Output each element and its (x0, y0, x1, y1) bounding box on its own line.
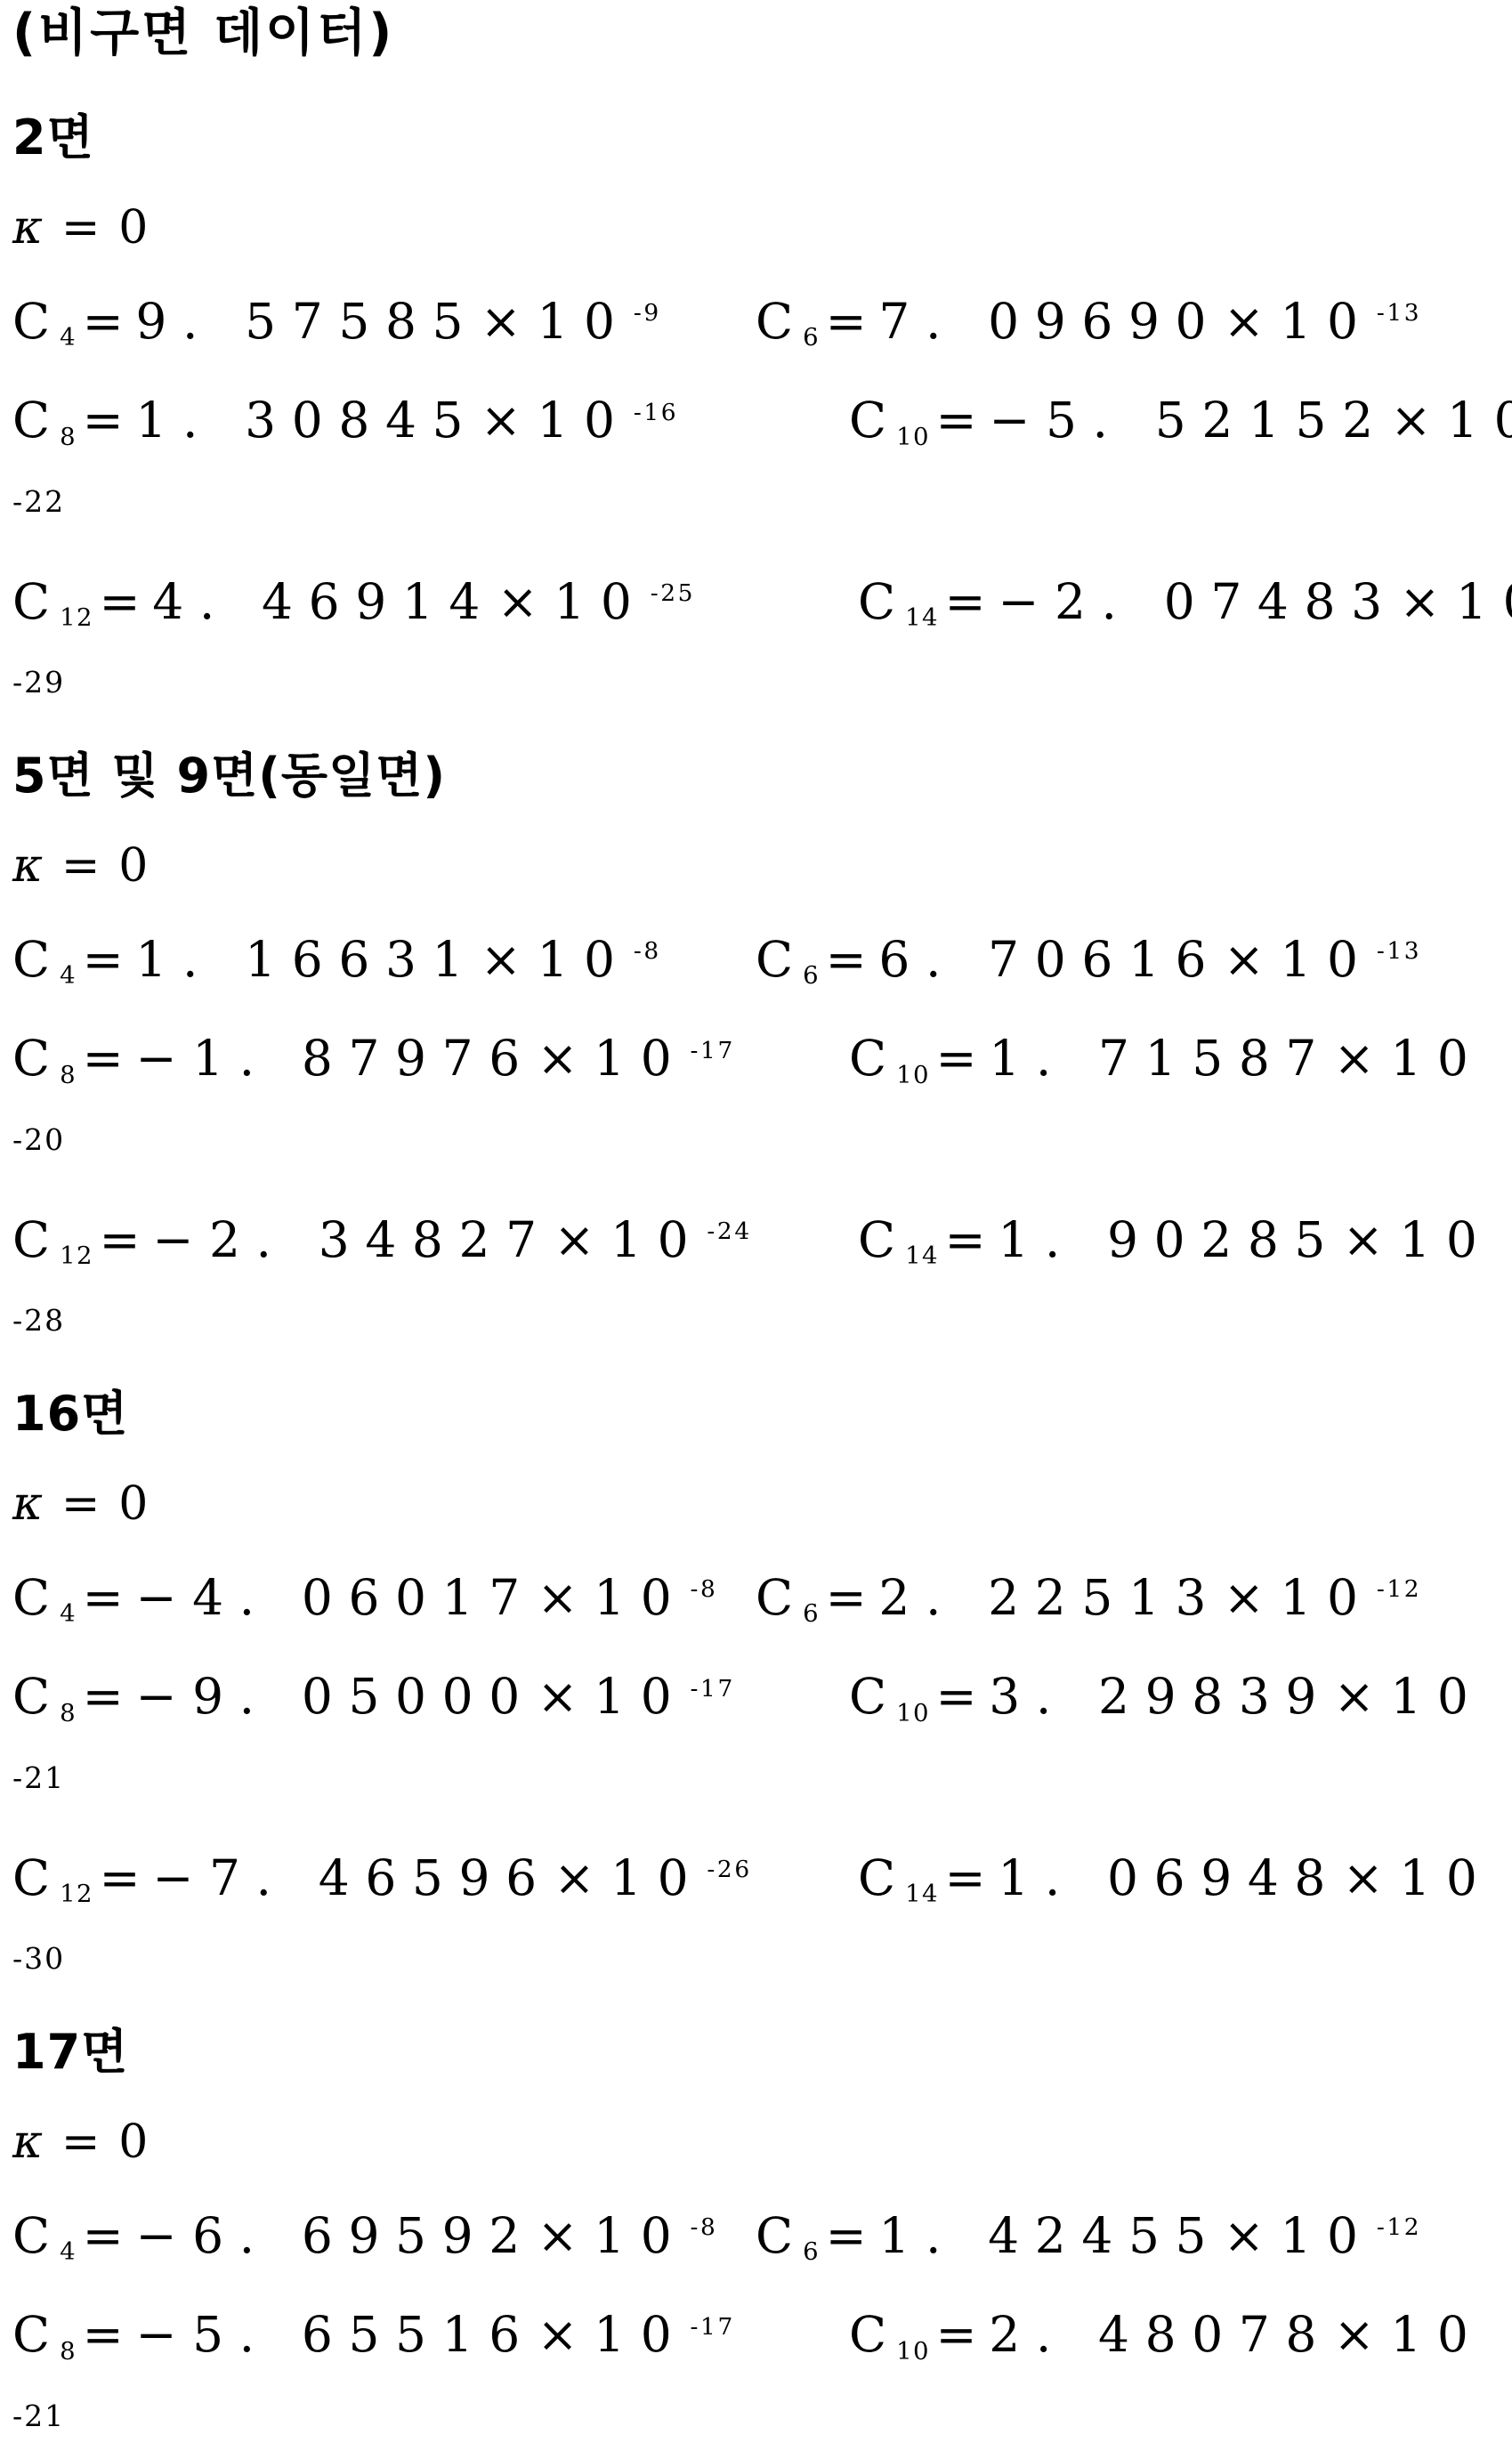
coefficient-name: C (849, 392, 886, 449)
surface-section: 5면 및 9면(동일면)κ=0C4=1. 16631×10-8C6=6. 706… (12, 749, 1503, 1338)
coefficient-row: C8=−9. 05000×10-17C10=3. 29839×10 (12, 1669, 1503, 1725)
coefficient-name: C (12, 293, 50, 350)
coefficient: C6=7. 09690×10-13 (756, 294, 1421, 350)
coefficient: C8=1. 30845×10-16 (12, 392, 678, 449)
coefficient-mantissa: −2. 07483 (998, 573, 1397, 630)
coefficient-name: C (12, 573, 50, 630)
equals-sign: = (61, 839, 101, 893)
kappa-symbol: κ (12, 201, 43, 255)
times-ten: ×10 (537, 1030, 687, 1087)
coefficient-mantissa: 2. 48078 (989, 2306, 1332, 2363)
kappa-value: 0 (118, 1477, 148, 1531)
equals-sign: = (83, 2306, 124, 2363)
coefficient-name: C (12, 2306, 50, 2363)
coefficient-row: C4=−4. 06017×10-8C6=2. 22513×10-12 (12, 1570, 1503, 1626)
coefficient: C14=−2. 07483×10 (858, 574, 1512, 630)
coefficient-row: C8=−5. 65516×10-17C10=2. 48078×10 (12, 2307, 1503, 2363)
wrapped-exponent: -30 (12, 1942, 1503, 1976)
times-ten: ×10 (1224, 293, 1374, 350)
times-ten: ×10 (481, 392, 631, 449)
coefficient-mantissa: −5. 65516 (135, 2306, 535, 2363)
surface-section: 2면κ=0C4=9. 57585×10-9C6=7. 09690×10-13C8… (12, 111, 1503, 700)
times-ten: ×10 (1334, 1030, 1484, 1087)
sections-container: 2면κ=0C4=9. 57585×10-9C6=7. 09690×10-13C8… (12, 111, 1503, 2433)
wrapped-exponent: -21 (12, 1761, 1503, 1795)
page-title: (비구면 데이터) (12, 5, 1503, 61)
coefficient-name: C (12, 1030, 50, 1087)
coefficient-name: C (12, 931, 50, 988)
coefficient: C12=−2. 34827×10-24 (12, 1212, 752, 1268)
kappa-value: 0 (118, 839, 148, 893)
coefficient: C8=−9. 05000×10-17 (12, 1669, 735, 1725)
coefficient-mantissa: 1. 90285 (998, 1211, 1341, 1268)
times-ten: ×10 (481, 293, 631, 350)
aspheric-data-page: (비구면 데이터) 2면κ=0C4=9. 57585×10-9C6=7. 096… (0, 0, 1512, 2433)
equals-sign: = (826, 2207, 867, 2264)
coefficient: C4=−6. 69592×10-8 (12, 2208, 717, 2264)
coefficient: C6=2. 22513×10-12 (756, 1570, 1421, 1626)
equals-sign: = (83, 931, 124, 988)
coefficient-mantissa: 1. 42455 (878, 2207, 1222, 2264)
kappa-line: κ=0 (12, 843, 1503, 889)
times-ten: ×10 (554, 1211, 704, 1268)
coefficient-name: C (849, 1030, 886, 1087)
coefficient: C4=−4. 06017×10-8 (12, 1570, 717, 1626)
coefficient-name: C (12, 1211, 50, 1268)
coefficient-name: C (12, 1849, 50, 1906)
times-ten: ×10 (1334, 1668, 1484, 1725)
coefficient-name: C (756, 2207, 793, 2264)
coefficient-mantissa: −7. 46596 (152, 1849, 552, 1906)
times-ten: ×10 (554, 1849, 704, 1906)
coefficient-mantissa: 2. 22513 (878, 1569, 1222, 1626)
kappa-value: 0 (118, 201, 148, 255)
coefficient: C4=9. 57585×10-9 (12, 294, 661, 350)
coefficient-mantissa: −1. 87976 (135, 1030, 535, 1087)
surface-label: 16면 (12, 1387, 1503, 1440)
coefficient: C8=−5. 65516×10-17 (12, 2307, 735, 2363)
kappa-line: κ=0 (12, 205, 1503, 251)
times-ten: ×10 (481, 931, 631, 988)
coefficient-name: C (12, 1569, 50, 1626)
coefficient-mantissa: 9. 57585 (135, 293, 479, 350)
times-ten: ×10 (1334, 2306, 1484, 2363)
coefficient-mantissa: 4. 46914 (152, 573, 496, 630)
equals-sign: = (935, 1030, 976, 1087)
times-ten: ×10 (1224, 931, 1374, 988)
kappa-symbol: κ (12, 1477, 43, 1531)
coefficient-mantissa: −2. 34827 (152, 1211, 552, 1268)
coefficient-row: C12=−2. 34827×10-24C14=1. 90285×10 (12, 1212, 1503, 1268)
coefficient-mantissa: 1. 71587 (989, 1030, 1332, 1087)
coefficient-name: C (756, 1569, 793, 1626)
coefficient-row: C12=−7. 46596×10-26C14=1. 06948×10 (12, 1850, 1503, 1906)
surface-label: 2면 (12, 111, 1503, 164)
coefficient-name: C (858, 1211, 895, 1268)
times-ten: ×10 (537, 1668, 687, 1725)
coefficient-mantissa: −5. 52152 (989, 392, 1388, 449)
coefficient-name: C (12, 2207, 50, 2264)
equals-sign: = (83, 293, 124, 350)
coefficient-mantissa: 1. 06948 (998, 1849, 1341, 1906)
coefficient: C10=−5. 52152×10 (849, 392, 1512, 449)
coefficient-mantissa: 1. 30845 (135, 392, 479, 449)
coefficient-name: C (756, 931, 793, 988)
wrapped-exponent: -28 (12, 1304, 1503, 1338)
times-ten: ×10 (1343, 1211, 1493, 1268)
times-ten: ×10 (1224, 1569, 1374, 1626)
coefficient-row: C4=−6. 69592×10-8C6=1. 42455×10-12 (12, 2208, 1503, 2264)
coefficient-name: C (12, 392, 50, 449)
equals-sign: = (99, 1849, 140, 1906)
times-ten: ×10 (1399, 573, 1512, 630)
kappa-value: 0 (118, 2115, 148, 2169)
equals-sign: = (935, 392, 976, 449)
times-ten: ×10 (1390, 392, 1512, 449)
times-ten: ×10 (497, 573, 648, 630)
kappa-line: κ=0 (12, 2119, 1503, 2165)
equals-sign: = (944, 1211, 985, 1268)
coefficient-row: C8=1. 30845×10-16C10=−5. 52152×10 (12, 392, 1503, 449)
coefficient-row: C4=9. 57585×10-9C6=7. 09690×10-13 (12, 294, 1503, 350)
equals-sign: = (83, 1668, 124, 1725)
equals-sign: = (99, 1211, 140, 1268)
coefficient: C14=1. 90285×10 (858, 1212, 1493, 1268)
equals-sign: = (61, 2115, 101, 2169)
coefficient-name: C (858, 573, 895, 630)
equals-sign: = (61, 1477, 101, 1531)
coefficient: C14=1. 06948×10 (858, 1850, 1493, 1906)
equals-sign: = (99, 573, 140, 630)
times-ten: ×10 (1224, 2207, 1374, 2264)
coefficient: C12=4. 46914×10-25 (12, 574, 695, 630)
surface-section: 16면κ=0C4=−4. 06017×10-8C6=2. 22513×10-12… (12, 1387, 1503, 1976)
kappa-line: κ=0 (12, 1481, 1503, 1527)
surface-label: 5면 및 9면(동일면) (12, 749, 1503, 802)
coefficient: C6=1. 42455×10-12 (756, 2208, 1421, 2264)
kappa-symbol: κ (12, 2115, 43, 2169)
wrapped-exponent: -22 (12, 485, 1503, 519)
coefficient: C6=6. 70616×10-13 (756, 932, 1421, 988)
equals-sign: = (826, 1569, 867, 1626)
coefficient-row: C12=4. 46914×10-25C14=−2. 07483×10 (12, 574, 1503, 630)
coefficient-name: C (756, 293, 793, 350)
coefficient-mantissa: −6. 69592 (135, 2207, 535, 2264)
coefficient: C4=1. 16631×10-8 (12, 932, 661, 988)
coefficient-name: C (12, 1668, 50, 1725)
coefficient-mantissa: −4. 06017 (135, 1569, 535, 1626)
equals-sign: = (944, 1849, 985, 1906)
coefficient: C10=3. 29839×10 (849, 1669, 1484, 1725)
coefficient: C10=2. 48078×10 (849, 2307, 1484, 2363)
coefficient-mantissa: 1. 16631 (135, 931, 479, 988)
equals-sign: = (83, 392, 124, 449)
equals-sign: = (944, 573, 985, 630)
coefficient-name: C (849, 2306, 886, 2363)
coefficient-mantissa: −9. 05000 (135, 1668, 535, 1725)
coefficient-mantissa: 3. 29839 (989, 1668, 1332, 1725)
coefficient: C8=−1. 87976×10-17 (12, 1031, 735, 1087)
coefficient-name: C (858, 1849, 895, 1906)
equals-sign: = (83, 2207, 124, 2264)
equals-sign: = (826, 931, 867, 988)
times-ten: ×10 (1343, 1849, 1493, 1906)
coefficient-mantissa: 7. 09690 (878, 293, 1222, 350)
times-ten: ×10 (537, 2207, 687, 2264)
equals-sign: = (935, 2306, 976, 2363)
equals-sign: = (83, 1569, 124, 1626)
times-ten: ×10 (537, 1569, 687, 1626)
surface-section: 17면κ=0C4=−6. 69592×10-8C6=1. 42455×10-12… (12, 2026, 1503, 2433)
equals-sign: = (935, 1668, 976, 1725)
coefficient-row: C4=1. 16631×10-8C6=6. 70616×10-13 (12, 932, 1503, 988)
equals-sign: = (826, 293, 867, 350)
equals-sign: = (83, 1030, 124, 1087)
coefficient-row: C8=−1. 87976×10-17C10=1. 71587×10 (12, 1031, 1503, 1087)
coefficient-mantissa: 6. 70616 (878, 931, 1222, 988)
wrapped-exponent: -21 (12, 2399, 1503, 2433)
wrapped-exponent: -20 (12, 1123, 1503, 1157)
coefficient: C10=1. 71587×10 (849, 1031, 1484, 1087)
times-ten: ×10 (537, 2306, 687, 2363)
wrapped-exponent: -29 (12, 666, 1503, 700)
coefficient-name: C (849, 1668, 886, 1725)
kappa-symbol: κ (12, 839, 43, 893)
coefficient: C12=−7. 46596×10-26 (12, 1850, 752, 1906)
surface-label: 17면 (12, 2026, 1503, 2078)
equals-sign: = (61, 201, 101, 255)
